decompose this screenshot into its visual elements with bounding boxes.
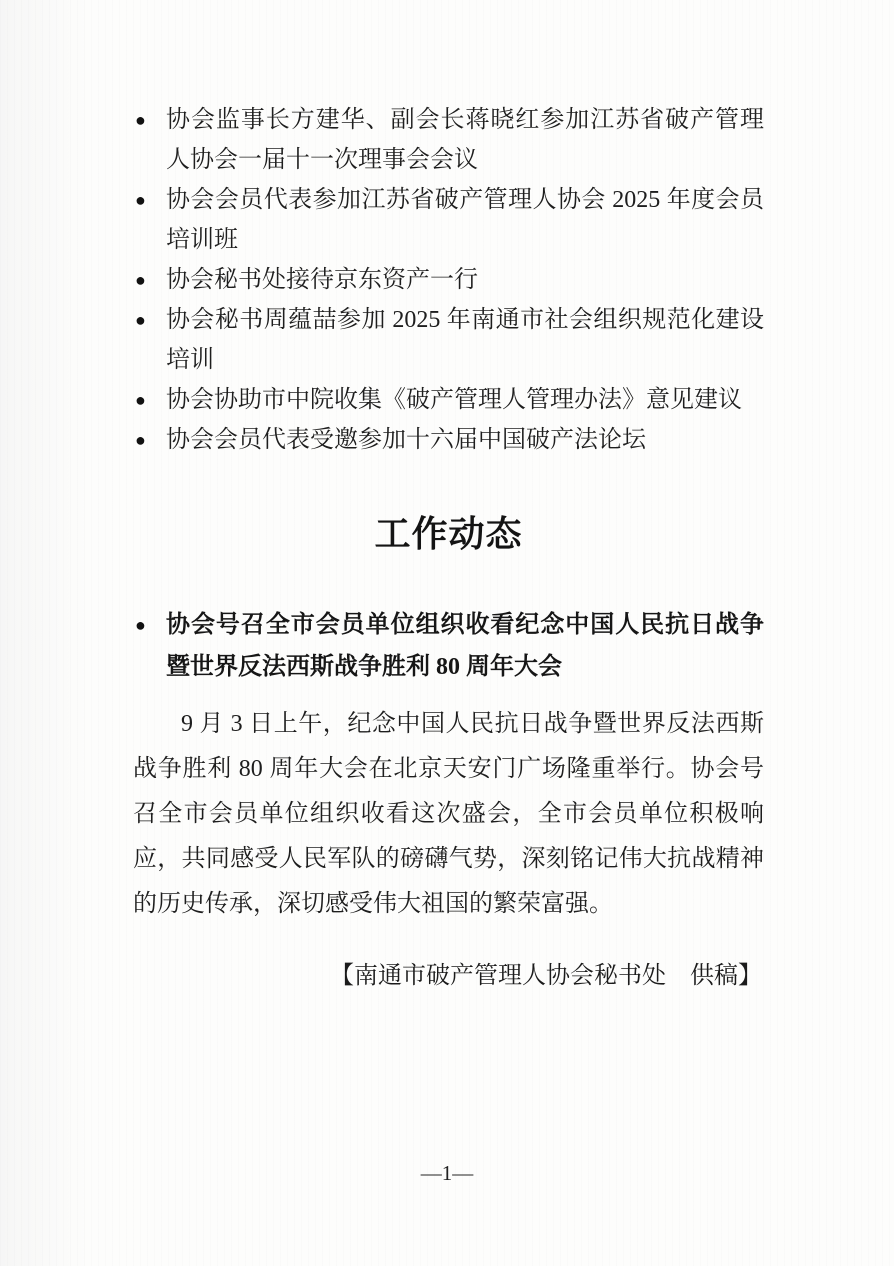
list-item-text: 协会协助市中院收集《破产管理人管理办法》意见建议 bbox=[166, 387, 742, 413]
bullet-icon: ● bbox=[135, 100, 146, 140]
bullet-icon: ● bbox=[135, 300, 146, 340]
news-headline-text: 协会号召全市会员单位组织收看纪念中国人民抗日战争暨世界反法西斯战争胜利 80 周… bbox=[166, 612, 764, 680]
list-item-text: 协会秘书周蕴喆参加 2025 年南通市社会组织规范化建设培训 bbox=[166, 307, 764, 373]
bullet-icon: ● bbox=[135, 420, 146, 460]
list-item-text: 协会监事长方建华、副会长蒋晓红参加江苏省破产管理人协会一届十一次理事会会议 bbox=[166, 107, 764, 173]
list-item-text: 协会会员代表参加江苏省破产管理人协会 2025 年度会员培训班 bbox=[166, 187, 764, 253]
bullet-icon: ● bbox=[135, 380, 146, 420]
body-paragraph: 9 月 3 日上午，纪念中国人民抗日战争暨世界反法西斯战争胜利 80 周年大会在… bbox=[133, 702, 764, 927]
news-headline-item: ● 协会号召全市会员单位组织收看纪念中国人民抗日战争暨世界反法西斯战争胜利 80… bbox=[133, 604, 764, 688]
list-item: ● 协会会员代表参加江苏省破产管理人协会 2025 年度会员培训班 bbox=[133, 180, 764, 260]
bullet-icon: ● bbox=[135, 604, 146, 646]
page-number: —1— bbox=[0, 1160, 894, 1186]
bullet-icon: ● bbox=[135, 260, 146, 300]
page-content: ● 协会监事长方建华、副会长蒋晓红参加江苏省破产管理人协会一届十一次理事会会议 … bbox=[133, 100, 764, 993]
bullet-icon: ● bbox=[135, 180, 146, 220]
section-title: 工作动态 bbox=[133, 512, 764, 556]
attribution-line: 【南通市破产管理人协会秘书处 供稿】 bbox=[133, 959, 764, 993]
list-item: ● 协会会员代表受邀参加十六届中国破产法论坛 bbox=[133, 420, 764, 460]
list-item: ● 协会秘书周蕴喆参加 2025 年南通市社会组织规范化建设培训 bbox=[133, 300, 764, 380]
document-page: ● 协会监事长方建华、副会长蒋晓红参加江苏省破产管理人协会一届十一次理事会会议 … bbox=[0, 0, 894, 1266]
list-item: ● 协会秘书处接待京东资产一行 bbox=[133, 260, 764, 300]
list-item-text: 协会会员代表受邀参加十六届中国破产法论坛 bbox=[166, 427, 646, 453]
list-item: ● 协会监事长方建华、副会长蒋晓红参加江苏省破产管理人协会一届十一次理事会会议 bbox=[133, 100, 764, 180]
highlights-list: ● 协会监事长方建华、副会长蒋晓红参加江苏省破产管理人协会一届十一次理事会会议 … bbox=[133, 100, 764, 460]
list-item-text: 协会秘书处接待京东资产一行 bbox=[166, 267, 478, 293]
list-item: ● 协会协助市中院收集《破产管理人管理办法》意见建议 bbox=[133, 380, 764, 420]
